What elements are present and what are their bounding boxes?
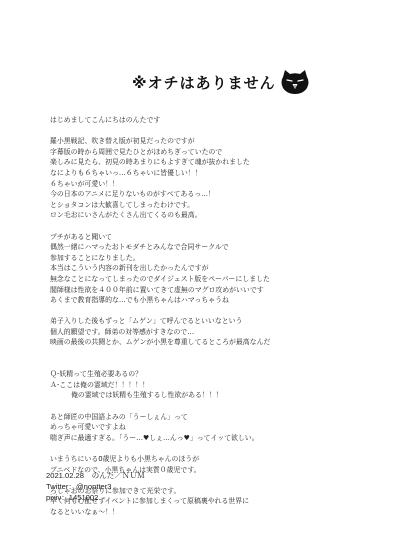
text-line: プチがあると聞いて — [50, 232, 380, 243]
pixiv-id: pixiv：1451002 — [46, 492, 145, 503]
text-line: いまうちにいる0歳児よりも小黒ちゃんのほうが — [50, 454, 380, 465]
text-line: Ａ-ここは俺の霊域だ！！！！！ — [50, 380, 380, 391]
text-line: 俺の霊域では妖精も生殖するし性欲がある！！！ — [50, 390, 380, 401]
body-text: はじめましてこんにちはのんたです 羅小黒戦記、吹き替え版が初見だったのですが 字… — [50, 115, 380, 518]
text-line: 楽しみに見たら、初見の時あまりにもよすぎて魂が抜かれました — [50, 157, 380, 168]
text-line: 無念なことになってしまったのでダイジェスト版をペーパーにしました — [50, 274, 380, 285]
text-line: ６ちゃいが可愛い！！ — [50, 179, 380, 190]
twitter-handle: Twitter：@nontter3 — [46, 481, 145, 492]
text-line: 今の日本のアニメに足りないものがすべてあるっ…！ — [50, 189, 380, 200]
text-line: 弟子入りした後もずっと「ムゲン」て呼んでるといいなという — [50, 316, 380, 327]
date-author: 2021.02.28 のんた／ＮＵＭ — [46, 470, 145, 481]
text-line: 本当はこういう内容の新刊を出したかったんですが — [50, 263, 380, 274]
text-line: 個人的願望です。師弟の対等感がすきなので… — [50, 327, 380, 338]
text-line: とショタコンは大歓喜してしまったわけです。 — [50, 200, 380, 211]
text-line: 喘ぎ声に最適すぎる。「うー…♥しぇ…んっ♥」ってイッて欲しい。 — [50, 433, 380, 444]
text-line: 字幕版の時から周囲で見たひとがほめちぎっていたので — [50, 147, 380, 158]
text-line: はじめましてこんにちはのんたです — [50, 115, 380, 126]
text-line: ロン毛おにいさんがたくさん出てくるのも最高。 — [50, 210, 380, 221]
text-line: なるといいなぁ～！！ — [50, 507, 380, 518]
text-line: 羅小黒戦記、吹き替え版が初見だったのですが — [50, 136, 380, 147]
text-line: 参加することになりました。 — [50, 253, 380, 264]
paper-page: ※オチはありません はじめましてこんにちはのんたです 羅小黒戦記、吹き替え版が初… — [0, 0, 400, 560]
text-line: めっちゃ可愛いですよね — [50, 422, 380, 433]
black-cat-icon — [280, 69, 310, 95]
text-line: あくまで教育指導的な…でも小黒ちゃんはハマっちゃうね — [50, 295, 380, 306]
footer-credits: 2021.02.28 のんた／ＮＵＭ Twitter：@nontter3 pix… — [46, 470, 145, 503]
heading: ※オチはありません — [132, 68, 310, 96]
text-line: Ｑ-妖精って生殖必要あるの？ — [50, 369, 380, 380]
text-line: 偶然一緒にハマったおトモダチとみんなで合同サークルで — [50, 242, 380, 253]
text-line: 映画の最後の共闘とか、ムゲンが小黒を尊重してるところが最高なんだ — [50, 337, 380, 348]
text-line: 閣師様は性欲を４００年前に置いてきて虚無のマグロ攻めがいいです — [50, 285, 380, 296]
heading-text: ※オチはありません — [132, 72, 276, 93]
text-line: あと師匠の中国語よみの「うーしぇん」って — [50, 412, 380, 423]
text-line: なによりも６ちゃいっ…６ちゃいに皆優しい！！ — [50, 168, 380, 179]
